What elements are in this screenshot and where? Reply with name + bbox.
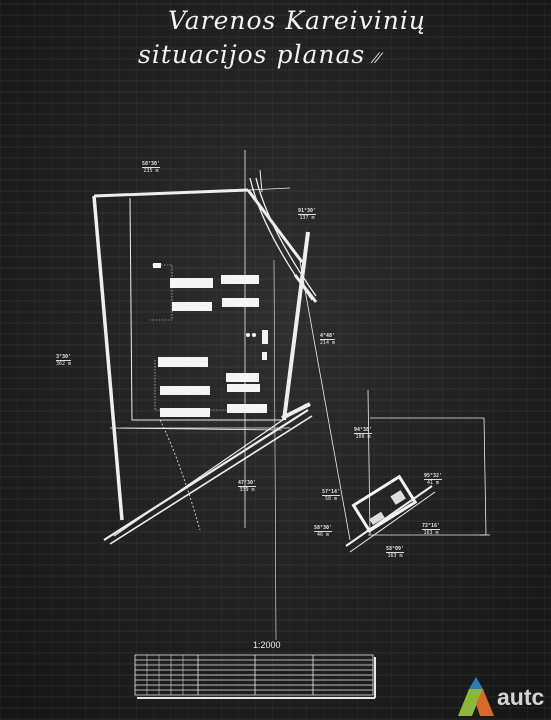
watermark-text: autc	[497, 684, 544, 711]
annotation-east: 4°48'214 m	[320, 333, 335, 346]
annotation-south: 47°30'339 m	[238, 480, 256, 493]
annotation-annex-west: 57°14'50 m	[322, 489, 340, 502]
scale-label: 1:2000	[253, 640, 281, 650]
north-boundary	[94, 190, 248, 196]
west-boundary	[94, 196, 122, 520]
annotation-north-east: 91°30'137 m	[298, 208, 316, 221]
site-plan-drawing	[0, 0, 551, 720]
annotation-west: 3°30'362 m	[56, 354, 71, 367]
annotation-annex-bottom: 58°09'163 m	[386, 546, 404, 559]
east-boundary	[284, 232, 308, 420]
scale-bar	[135, 655, 375, 698]
annotation-annex-north: 94°38'108 m	[354, 427, 372, 440]
annotation-annex-south: 72°16'163 m	[422, 523, 440, 536]
annotation-north-west: 58°30'235 m	[142, 161, 160, 174]
annotation-annex-sw: 58°30'46 m	[314, 525, 332, 538]
buildings	[153, 263, 268, 417]
annotation-annex-east: 95°32'41 m	[424, 473, 442, 486]
plan-sheet: Varenos Kareivinių situacijos planas ⁄⁄	[0, 0, 551, 720]
